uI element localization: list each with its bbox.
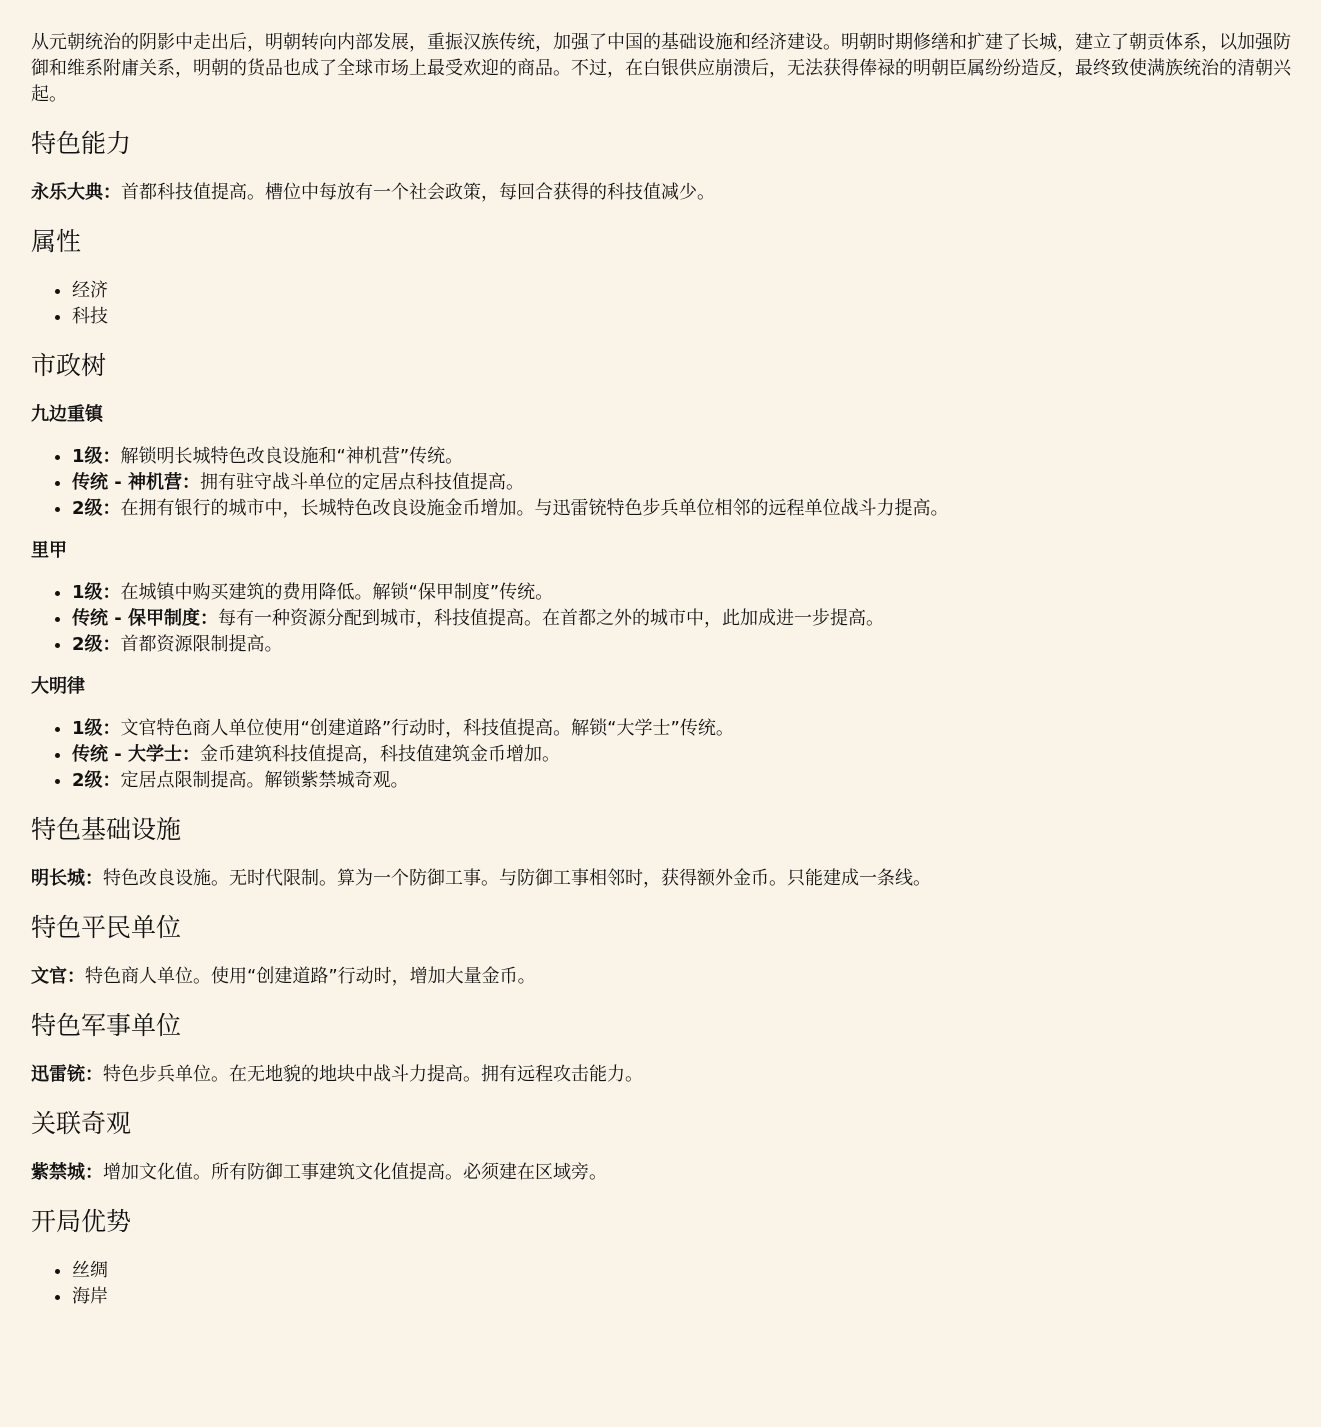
item-text: 拥有驻守战斗单位的定居点科技值提高。 xyxy=(200,472,524,493)
ability-name: 永乐大典： xyxy=(31,182,121,203)
intro-paragraph: 从元朝统治的阴影中走出后，明朝转向内部发展，重振汉族传统，加强了中国的基础设施和… xyxy=(31,30,1307,108)
wonder-name: 紫禁城： xyxy=(31,1162,103,1183)
list-item: 1级：解锁明长城特色改良设施和“神机营”传统。 xyxy=(72,444,1307,470)
civilian-name: 文官： xyxy=(31,966,85,987)
list-item: 科技 xyxy=(72,304,1307,330)
infrastructure-entry: 明长城：特色改良设施。无时代限制。算为一个防御工事。与防御工事相邻时，获得额外金… xyxy=(31,866,1307,892)
list-item: 2级：定居点限制提高。解锁紫禁城奇观。 xyxy=(72,768,1307,794)
military-name: 迅雷铳： xyxy=(31,1064,103,1085)
item-text: 在拥有银行的城市中，长城特色改良设施金币增加。与迅雷铳特色步兵单位相邻的远程单位… xyxy=(121,498,949,519)
item-label: 2级： xyxy=(72,770,121,791)
article: 从元朝统治的阴影中走出后，明朝转向内部发展，重振汉族传统，加强了中国的基础设施和… xyxy=(0,0,1321,1330)
start-bias-list: 丝绸 海岸 xyxy=(31,1258,1307,1310)
civic-group-title: 里甲 xyxy=(31,538,1307,564)
list-item: 2级：首都资源限制提高。 xyxy=(72,632,1307,658)
list-item: 经济 xyxy=(72,278,1307,304)
civic-group-title: 大明律 xyxy=(31,674,1307,700)
item-label: 2级： xyxy=(72,498,121,519)
list-item: 丝绸 xyxy=(72,1258,1307,1284)
item-text: 定居点限制提高。解锁紫禁城奇观。 xyxy=(121,770,409,791)
wonder-entry: 紫禁城：增加文化值。所有防御工事建筑文化值提高。必须建在区域旁。 xyxy=(31,1160,1307,1186)
list-item: 传统 - 保甲制度：每有一种资源分配到城市，科技值提高。在首都之外的城市中，此加… xyxy=(72,606,1307,632)
civic-group-list: 1级：在城镇中购买建筑的费用降低。解锁“保甲制度”传统。 传统 - 保甲制度：每… xyxy=(31,580,1307,658)
civilian-desc: 特色商人单位。使用“创建道路”行动时，增加大量金币。 xyxy=(85,966,536,987)
list-item: 1级：文官特色商人单位使用“创建道路”行动时，科技值提高。解锁“大学士”传统。 xyxy=(72,716,1307,742)
list-item: 1级：在城镇中购买建筑的费用降低。解锁“保甲制度”传统。 xyxy=(72,580,1307,606)
item-label: 2级： xyxy=(72,634,121,655)
list-item: 2级：在拥有银行的城市中，长城特色改良设施金币增加。与迅雷铳特色步兵单位相邻的远… xyxy=(72,496,1307,522)
heading-unique-infrastructure: 特色基础设施 xyxy=(31,814,1307,846)
heading-unique-civilian-unit: 特色平民单位 xyxy=(31,912,1307,944)
item-label: 1级： xyxy=(72,718,121,739)
attributes-list: 经济 科技 xyxy=(31,278,1307,330)
item-label: 传统 - 大学士： xyxy=(72,744,200,765)
wonder-desc: 增加文化值。所有防御工事建筑文化值提高。必须建在区域旁。 xyxy=(103,1162,607,1183)
item-text: 在城镇中购买建筑的费用降低。解锁“保甲制度”传统。 xyxy=(121,582,554,603)
list-item: 传统 - 神机营：拥有驻守战斗单位的定居点科技值提高。 xyxy=(72,470,1307,496)
heading-start-bias: 开局优势 xyxy=(31,1206,1307,1238)
item-label: 传统 - 保甲制度： xyxy=(72,608,218,629)
item-text: 首都资源限制提高。 xyxy=(121,634,283,655)
heading-unique-military-unit: 特色军事单位 xyxy=(31,1010,1307,1042)
item-label: 1级： xyxy=(72,446,121,467)
item-text: 文官特色商人单位使用“创建道路”行动时，科技值提高。解锁“大学士”传统。 xyxy=(121,718,734,739)
heading-associated-wonder: 关联奇观 xyxy=(31,1108,1307,1140)
heading-unique-ability: 特色能力 xyxy=(31,128,1307,160)
military-entry: 迅雷铳：特色步兵单位。在无地貌的地块中战斗力提高。拥有远程攻击能力。 xyxy=(31,1062,1307,1088)
civic-group-title: 九边重镇 xyxy=(31,402,1307,428)
item-text: 每有一种资源分配到城市，科技值提高。在首都之外的城市中，此加成进一步提高。 xyxy=(218,608,884,629)
item-text: 解锁明长城特色改良设施和“神机营”传统。 xyxy=(121,446,464,467)
heading-civics-tree: 市政树 xyxy=(31,350,1307,382)
military-desc: 特色步兵单位。在无地貌的地块中战斗力提高。拥有远程攻击能力。 xyxy=(103,1064,643,1085)
infrastructure-name: 明长城： xyxy=(31,868,103,889)
list-item: 海岸 xyxy=(72,1284,1307,1310)
civic-group-list: 1级：文官特色商人单位使用“创建道路”行动时，科技值提高。解锁“大学士”传统。 … xyxy=(31,716,1307,794)
item-label: 1级： xyxy=(72,582,121,603)
civic-group-list: 1级：解锁明长城特色改良设施和“神机营”传统。 传统 - 神机营：拥有驻守战斗单… xyxy=(31,444,1307,522)
ability-desc: 首都科技值提高。槽位中每放有一个社会政策，每回合获得的科技值减少。 xyxy=(121,182,715,203)
infrastructure-desc: 特色改良设施。无时代限制。算为一个防御工事。与防御工事相邻时，获得额外金币。只能… xyxy=(103,868,931,889)
heading-attributes: 属性 xyxy=(31,226,1307,258)
ability-entry: 永乐大典：首都科技值提高。槽位中每放有一个社会政策，每回合获得的科技值减少。 xyxy=(31,180,1307,206)
list-item: 传统 - 大学士：金币建筑科技值提高，科技值建筑金币增加。 xyxy=(72,742,1307,768)
item-text: 金币建筑科技值提高，科技值建筑金币增加。 xyxy=(200,744,560,765)
item-label: 传统 - 神机营： xyxy=(72,472,200,493)
civilian-entry: 文官：特色商人单位。使用“创建道路”行动时，增加大量金币。 xyxy=(31,964,1307,990)
